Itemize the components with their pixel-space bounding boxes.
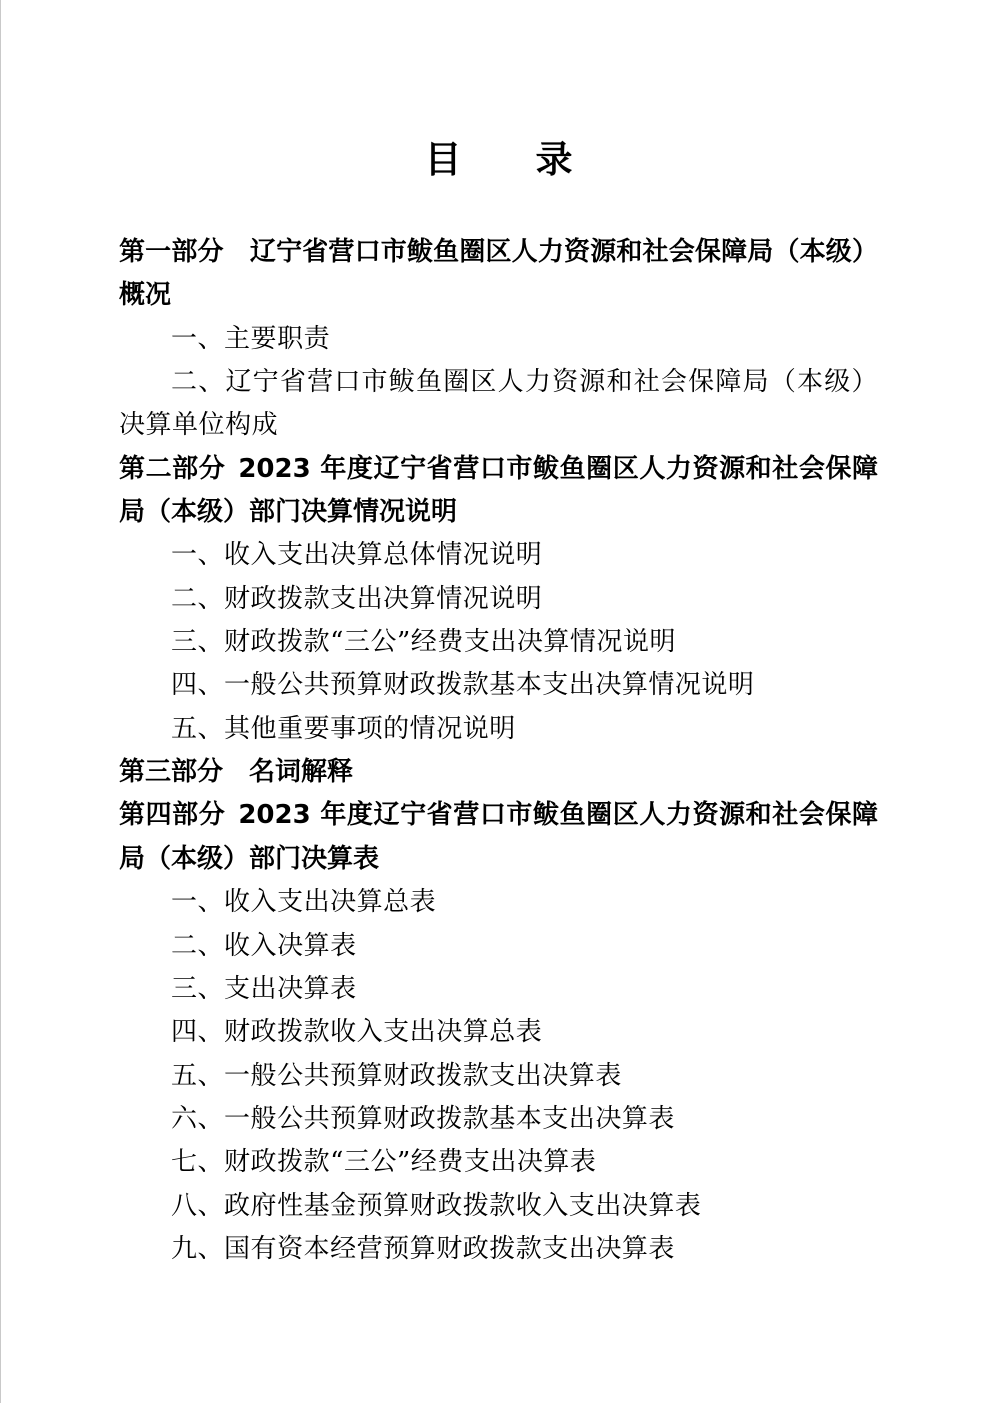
toc-item: 一、收入支出决算总体情况说明 [119, 534, 878, 577]
document-page: { "document": { "title": "目 录", "entries… [0, 0, 992, 1403]
toc-part-heading: 第二部分 2023 年度辽宁省营口市鲅鱼圈区人力资源和社会保障局（本级）部门决算… [119, 448, 878, 535]
toc-item: 三、支出决算表 [119, 968, 878, 1011]
toc-item: 三、财政拨款“三公”经费支出决算情况说明 [119, 621, 878, 664]
toc-page: 目 录 第一部分 辽宁省营口市鲅鱼圈区人力资源和社会保障局（本级）概况一、主要职… [1, 0, 992, 1271]
toc-item: 五、一般公共预算财政拨款支出决算表 [119, 1055, 878, 1098]
toc-item: 七、财政拨款“三公”经费支出决算表 [119, 1141, 878, 1184]
toc-item: 六、一般公共预算财政拨款基本支出决算表 [119, 1098, 878, 1141]
toc-item: 四、财政拨款收入支出决算总表 [119, 1011, 878, 1054]
toc-item: 八、政府性基金预算财政拨款收入支出决算表 [119, 1185, 878, 1228]
toc-item: 二、收入决算表 [119, 925, 878, 968]
toc-part-heading: 第一部分 辽宁省营口市鲅鱼圈区人力资源和社会保障局（本级）概况 [119, 231, 878, 318]
toc-item: 二、辽宁省营口市鲅鱼圈区人力资源和社会保障局（本级）决算单位构成 [119, 361, 878, 448]
toc-part-heading: 第三部分 名词解释 [119, 751, 878, 794]
toc-item: 二、财政拨款支出决算情况说明 [119, 578, 878, 621]
toc-part-heading: 第四部分 2023 年度辽宁省营口市鲅鱼圈区人力资源和社会保障局（本级）部门决算… [119, 794, 878, 881]
toc-item: 九、国有资本经营预算财政拨款支出决算表 [119, 1228, 878, 1271]
toc-item: 四、一般公共预算财政拨款基本支出决算情况说明 [119, 664, 878, 707]
toc-item: 一、收入支出决算总表 [119, 881, 878, 924]
toc-item: 五、其他重要事项的情况说明 [119, 708, 878, 751]
page-title: 目 录 [119, 0, 878, 182]
toc-item: 一、主要职责 [119, 318, 878, 361]
toc-list: 第一部分 辽宁省营口市鲅鱼圈区人力资源和社会保障局（本级）概况一、主要职责二、辽… [119, 231, 878, 1271]
